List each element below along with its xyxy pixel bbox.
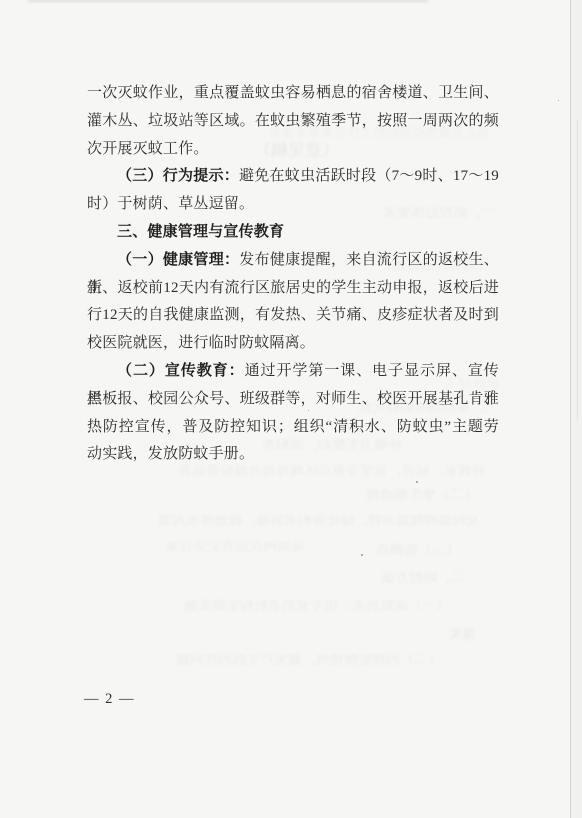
page-scan-edge-faint (577, 120, 578, 420)
scan-speck (308, 410, 309, 411)
page-scan-edge (570, 0, 571, 818)
page-number: — 2 — (84, 691, 135, 708)
text-line: （二）宣传教育：通过开学第一课、电子显示屏、宣传栏、 (87, 358, 499, 386)
text-line: 次开展灭蚊工作。 (87, 136, 499, 164)
text-line: 热防控宣传，普及防控知识；组织“清积水、防蚊虫”主题劳 (87, 414, 499, 442)
bleedthrough-text: 落实 (445, 628, 475, 641)
scan-speck (558, 100, 559, 101)
section-heading: 三、健康管理与宣传教育 (87, 219, 499, 247)
scan-edge-smudge (28, 0, 428, 2)
text-line: 校医院就医，进行临时防蚊隔离。 (87, 330, 499, 358)
scanned-document-page: 一次灭蚊作业，重点覆盖蚊虫容易栖息的宿舍楼道、卫生间、 灌木丛、垃圾站等区域。在… (0, 0, 582, 818)
bleedthrough-text: （二）孳生地清理 (348, 489, 478, 503)
scan-speck (416, 481, 418, 483)
bleedthrough-text: （二）药物轮换使用，避免产生抗药性问题 (80, 654, 442, 668)
text-line: （一）健康管理：发布健康提醒，来自流行区的返校生、新 (87, 247, 499, 275)
bleedthrough-text: 每周两次巡查记录在案 (135, 541, 305, 555)
bleedthrough-text: （三）监测点 (348, 544, 460, 558)
text-line: 时）于树荫、草丛逗留。 (87, 191, 499, 219)
bleedthrough-text: 二、防控方法 (360, 572, 465, 586)
text-line: （三）行为提示：避免在蚊虫活跃时段（7～9时、17～19 (87, 163, 499, 191)
scan-speck (361, 554, 363, 556)
document-text-block: 一次灭蚊作业，重点覆盖蚊虫容易栖息的宿舍楼道、卫生间、 灌木丛、垃圾站等区域。在… (87, 80, 499, 469)
text-line: 生、返校前12天内有流行区旅居史的学生主动申报，返校后进 (87, 275, 499, 303)
bleedthrough-text: （一）成蚊消杀：由专业消杀机构定期实施 (88, 600, 450, 614)
text-line: 灌木丛、垃圾站等区域。在蚊虫繁殖季节，按照一周两次的频 (87, 108, 499, 136)
bleedthrough-text: 及时清理楼道杂物、绿化带积水容器，疏通排水沟渠 (88, 515, 480, 529)
text-line: 动实践，发放防蚊手册。 (87, 441, 499, 469)
text-line: 行12天的自我健康监测，有发热、关节痛、皮疹症状者及时到 (87, 302, 499, 330)
text-line: 黑板报、校园公众号、班级群等，对师生、校医开展基孔肯雅 (87, 386, 499, 414)
text-line: 一次灭蚊作业，重点覆盖蚊虫容易栖息的宿舍楼道、卫生间、 (87, 80, 499, 108)
